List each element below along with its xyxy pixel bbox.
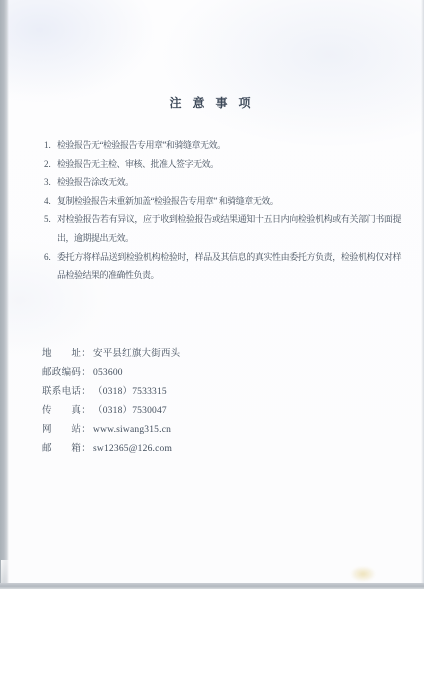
notice-item-number: 2.	[44, 155, 57, 174]
contact-label: 联系电话：	[42, 383, 91, 402]
contact-label: 网 站：	[42, 421, 91, 440]
notice-item-text: 检验报告无主检、审核、批准人签字无效。	[57, 155, 401, 174]
contact-label: 地 址：	[42, 345, 91, 364]
notice-item-text: 对检验报告若有异议，应于收到检验报告或结果通知十五日内向检验机构或有关部门书面提…	[57, 210, 401, 247]
contact-label: 邮 箱：	[42, 440, 91, 459]
contact-row-fax: 传 真： （0318）7530047	[42, 402, 180, 421]
scan-bottom-edge-shadow	[0, 583, 424, 589]
notice-item-number: 4.	[44, 192, 57, 211]
contact-row-phone: 联系电话： （0318）7533315	[42, 383, 180, 402]
notice-item-number: 5.	[44, 210, 57, 229]
notice-item-6: 6. 委托方将样品送到检验机构检验时，样品及其信息的真实性由委托方负责，检验机构…	[44, 248, 401, 285]
notice-item-4: 4. 复制检验报告未重新加盖“检验报告专用章” 和骑缝章无效。	[44, 192, 401, 211]
scan-left-edge-shadow	[0, 0, 9, 586]
notice-item-number: 3.	[44, 173, 57, 192]
contact-label: 邮政编码：	[42, 364, 91, 383]
contact-row-address: 地 址： 安平县红旗大街西头	[42, 345, 180, 364]
contact-label: 传 真：	[42, 402, 91, 421]
contact-value: 053600	[93, 364, 123, 383]
contact-value: 安平县红旗大街西头	[93, 345, 180, 364]
notice-item-3: 3. 检验报告涂改无效。	[44, 173, 401, 192]
notice-list: 1. 检验报告无“检验报告专用章”和骑缝章无效。 2. 检验报告无主检、审核、批…	[44, 136, 401, 285]
contact-value: sw12365@126.com	[93, 440, 172, 459]
contact-value: （0318）7530047	[93, 402, 167, 421]
contact-value: www.siwang315.cn	[93, 421, 171, 440]
notice-item-text: 复制检验报告未重新加盖“检验报告专用章” 和骑缝章无效。	[57, 192, 401, 211]
paper-stain	[350, 566, 376, 582]
notice-item-number: 1.	[44, 136, 57, 155]
contact-value: （0318）7533315	[93, 383, 167, 402]
contact-row-postcode: 邮政编码： 053600	[42, 364, 180, 383]
scanned-document-page: 注 意 事 项 1. 检验报告无“检验报告专用章”和骑缝章无效。 2. 检验报告…	[0, 0, 424, 586]
contact-block: 地 址： 安平县红旗大街西头 邮政编码： 053600 联系电话： （0318）…	[42, 345, 180, 459]
notice-item-5: 5. 对检验报告若有异议，应于收到检验报告或结果通知十五日内向检验机构或有关部门…	[44, 210, 401, 247]
notice-item-text: 委托方将样品送到检验机构检验时，样品及其信息的真实性由委托方负责，检验机构仅对样…	[57, 248, 401, 285]
contact-row-email: 邮 箱： sw12365@126.com	[42, 440, 180, 459]
notice-title: 注 意 事 项	[0, 94, 424, 111]
notice-item-text: 检验报告无“检验报告专用章”和骑缝章无效。	[57, 136, 401, 155]
contact-row-website: 网 站： www.siwang315.cn	[42, 421, 180, 440]
notice-item-1: 1. 检验报告无“检验报告专用章”和骑缝章无效。	[44, 136, 401, 155]
notice-item-2: 2. 检验报告无主检、审核、批准人签字无效。	[44, 155, 401, 174]
screenshot-root: 注 意 事 项 1. 检验报告无“检验报告专用章”和骑缝章无效。 2. 检验报告…	[0, 0, 424, 700]
notice-item-text: 检验报告涂改无效。	[57, 173, 401, 192]
notice-item-number: 6.	[44, 248, 57, 267]
